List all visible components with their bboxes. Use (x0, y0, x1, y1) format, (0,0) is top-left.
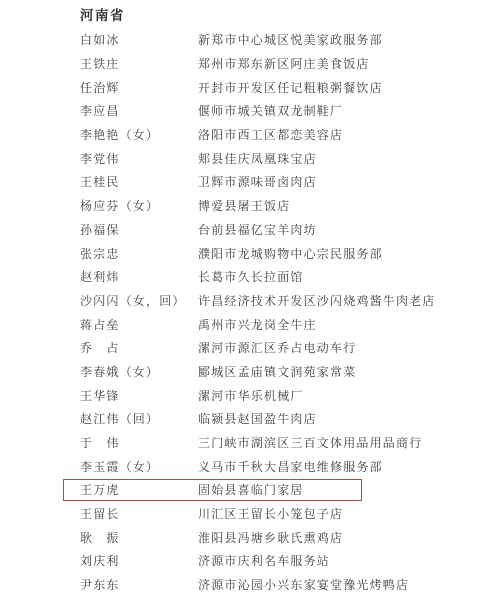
list-item: 于 伟三门峡市湖滨区三百文体用品用品商行 (0, 431, 500, 455)
business-name: 济源市庆利名车服务站 (198, 552, 330, 569)
person-name: 李春娥（女） (80, 363, 198, 380)
list-item: 李玉霞（女）义马市千秋大昌家电维修服务部 (0, 454, 500, 478)
business-name: 台前县福亿宝羊肉坊 (198, 221, 317, 238)
list-item: 王桂民卫辉市源味哥卤肉店 (0, 170, 500, 194)
list-item: 王留长川汇区王留长小笼包子店 (0, 502, 500, 526)
business-name: 川汇区王留长小笼包子店 (198, 505, 343, 522)
list-item: 沙闪闪（女，回）许昌经济技术开发区沙闪烧鸡酱牛肉老店 (0, 289, 500, 313)
person-name: 于 伟 (80, 434, 198, 451)
person-name: 李党伟 (80, 150, 198, 167)
person-name: 蒋占垒 (80, 316, 198, 333)
list-item: 王铁庄郑州市郑东新区阿庄美食饭店 (0, 52, 500, 76)
list-item: 尹东东济源市沁园小兴东家宴堂豫光烤鸭店 (0, 573, 500, 597)
person-name: 赵利炜 (80, 268, 198, 285)
list-item: 赵江伟（回）临颍县赵国盈牛肉店 (0, 407, 500, 431)
person-name: 赵江伟（回） (80, 410, 198, 427)
business-name: 义马市千秋大昌家电维修服务部 (198, 458, 383, 475)
list-item: 王万虎固始县喜临门家居 (0, 478, 500, 502)
business-name: 禹州市兴龙岗全牛庄 (198, 316, 317, 333)
province-header: 河南省 (80, 3, 500, 28)
person-name: 耿 振 (80, 529, 198, 546)
person-name: 李玉霞（女） (80, 458, 198, 475)
business-name: 偃师市城关镇双龙制鞋厂 (198, 102, 343, 119)
business-name: 固始县喜临门家居 (198, 481, 304, 498)
business-name: 许昌经济技术开发区沙闪烧鸡酱牛肉老店 (198, 292, 436, 309)
person-name: 王桂民 (80, 173, 198, 190)
business-name: 濮阳市龙城购物中心宗民服务部 (198, 245, 383, 262)
person-name: 任治辉 (80, 79, 198, 96)
business-name: 洛阳市西工区都恋美容店 (198, 126, 343, 143)
person-name: 王铁庄 (80, 55, 198, 72)
business-name: 郏县佳庆凤凰珠宝店 (198, 150, 317, 167)
list-item: 李春娥（女）郾城区孟庙镇文润苑家常菜 (0, 360, 500, 384)
list-item: 李党伟郏县佳庆凤凰珠宝店 (0, 146, 500, 170)
list-item: 杨应芬（女）博爱县屠王饭店 (0, 194, 500, 218)
list-item: 白如冰新郑市中心城区悦美家政服务部 (0, 28, 500, 52)
list-item: 耿 振淮阳县冯塘乡耿氏熏鸡店 (0, 525, 500, 549)
person-name: 王万虎 (80, 481, 198, 498)
person-name: 孙福保 (80, 221, 198, 238)
person-name: 张宗忠 (80, 245, 198, 262)
list-item: 蒋占垒禹州市兴龙岗全牛庄 (0, 312, 500, 336)
business-name: 开封市开发区任记粗粮粥餐饮店 (198, 79, 383, 96)
list-item: 李应昌偃师市城关镇双龙制鞋厂 (0, 99, 500, 123)
person-name: 王华锋 (80, 387, 198, 404)
list-item: 乔 占漯河市源汇区乔占电动车行 (0, 336, 500, 360)
person-name: 杨应芬（女） (80, 197, 198, 214)
person-name: 刘庆利 (80, 552, 198, 569)
list-item: 任治辉开封市开发区任记粗粮粥餐饮店 (0, 75, 500, 99)
business-name: 郾城区孟庙镇文润苑家常菜 (198, 363, 356, 380)
business-name: 漯河市源汇区乔占电动车行 (198, 339, 356, 356)
list-item: 李艳艳（女）洛阳市西工区都恋美容店 (0, 123, 500, 147)
business-name: 博爱县屠王饭店 (198, 197, 290, 214)
list-item: 赵利炜长葛市久长拉面馆 (0, 265, 500, 289)
award-list: 白如冰新郑市中心城区悦美家政服务部王铁庄郑州市郑东新区阿庄美食饭店任治辉开封市开… (0, 28, 500, 597)
business-name: 长葛市久长拉面馆 (198, 268, 304, 285)
business-name: 淮阳县冯塘乡耿氏熏鸡店 (198, 529, 343, 546)
business-name: 临颍县赵国盈牛肉店 (198, 410, 317, 427)
list-item: 刘庆利济源市庆利名车服务站 (0, 549, 500, 573)
business-name: 三门峡市湖滨区三百文体用品用品商行 (198, 434, 422, 451)
document-page: 河南省 白如冰新郑市中心城区悦美家政服务部王铁庄郑州市郑东新区阿庄美食饭店任治辉… (0, 0, 500, 600)
person-name: 王留长 (80, 505, 198, 522)
person-name: 白如冰 (80, 31, 198, 48)
list-item: 王华锋漯河市华乐机械厂 (0, 383, 500, 407)
person-name: 李应昌 (80, 102, 198, 119)
business-name: 漯河市华乐机械厂 (198, 387, 304, 404)
list-item: 孙福保台前县福亿宝羊肉坊 (0, 218, 500, 242)
list-item: 张宗忠濮阳市龙城购物中心宗民服务部 (0, 241, 500, 265)
person-name: 尹东东 (80, 576, 198, 593)
business-name: 济源市沁园小兴东家宴堂豫光烤鸭店 (198, 576, 409, 593)
person-name: 乔 占 (80, 339, 198, 356)
person-name: 李艳艳（女） (80, 126, 198, 143)
business-name: 新郑市中心城区悦美家政服务部 (198, 31, 383, 48)
person-name: 沙闪闪（女，回） (80, 292, 198, 309)
business-name: 郑州市郑东新区阿庄美食饭店 (198, 55, 370, 72)
business-name: 卫辉市源味哥卤肉店 (198, 173, 317, 190)
